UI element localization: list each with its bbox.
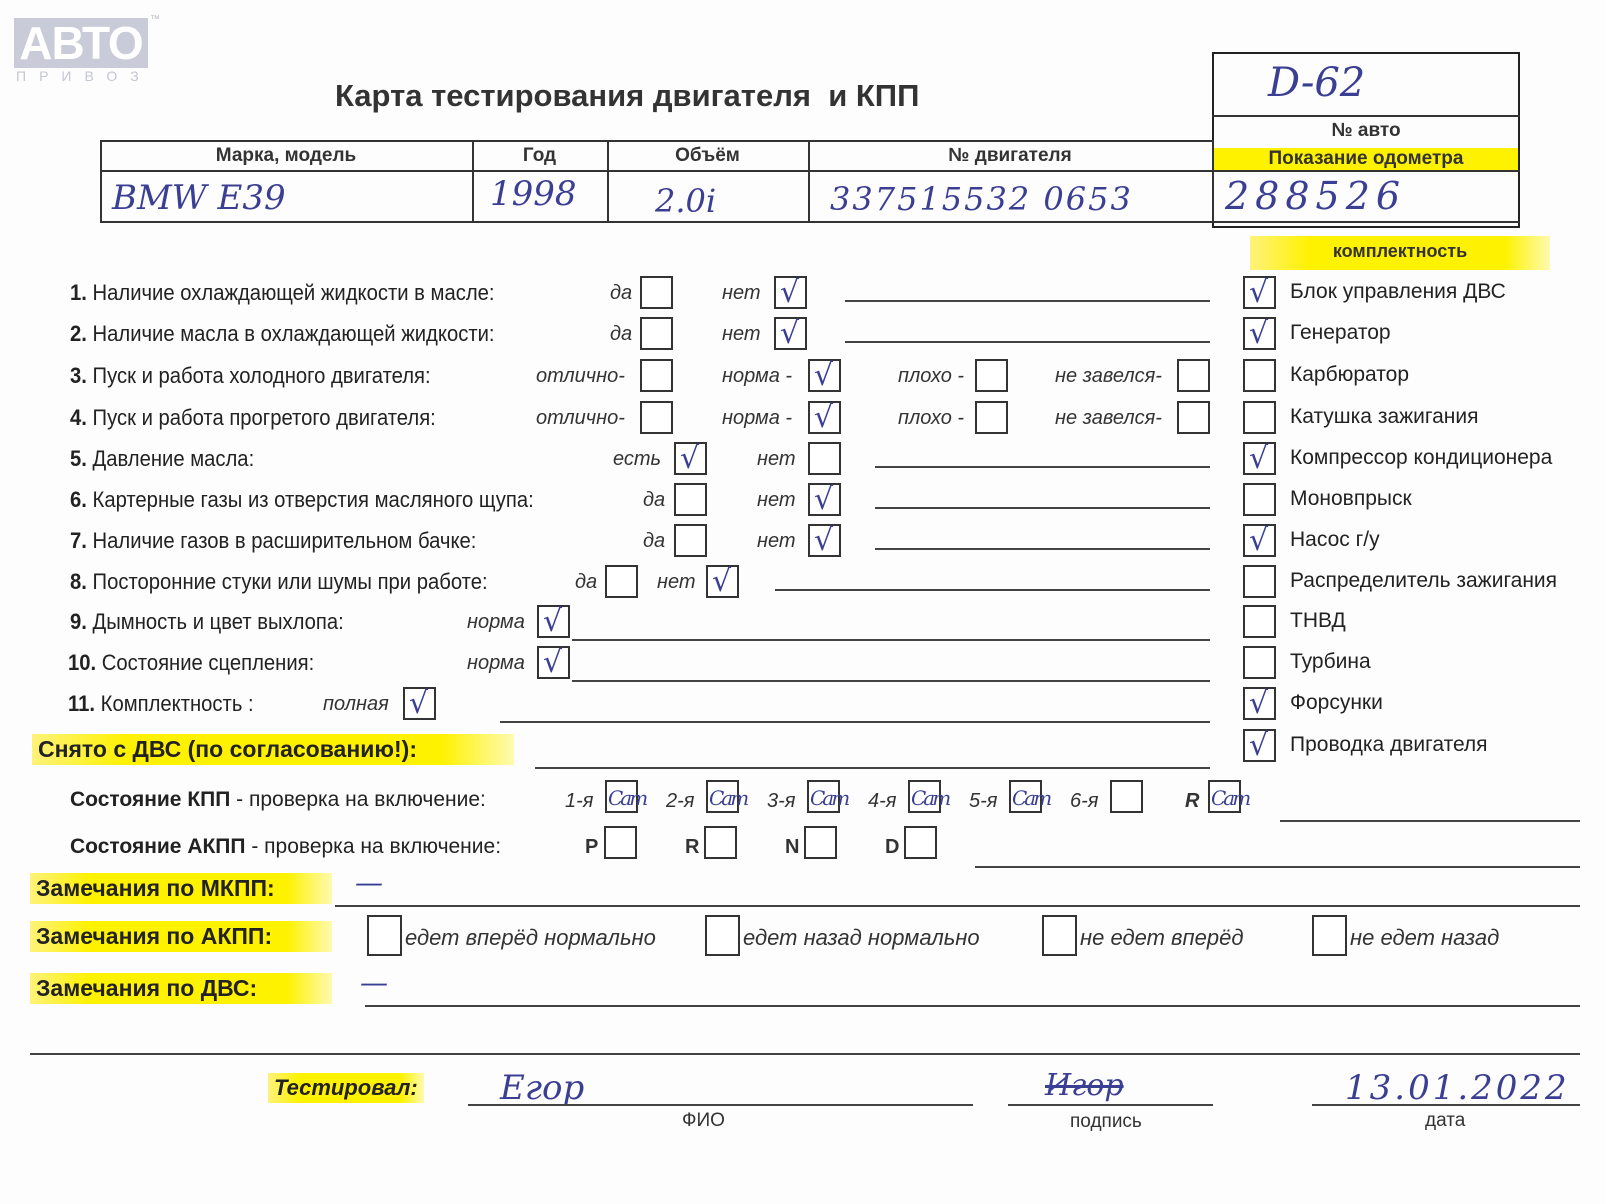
- option-checkbox[interactable]: [674, 483, 707, 516]
- gear-checkbox[interactable]: [908, 780, 941, 813]
- question-text: 7. Наличие газов в расширительном бачке:: [70, 528, 476, 554]
- divider: [1212, 115, 1520, 117]
- completeness-label: Блок управления ДВС: [1290, 280, 1506, 304]
- completeness-label: Моновпрыск: [1290, 487, 1412, 511]
- gear-checkbox[interactable]: [1208, 780, 1241, 813]
- option-label: не завелся-: [1055, 407, 1162, 430]
- option-checkbox[interactable]: [537, 646, 570, 679]
- question-text: 11. Комплектность :: [68, 691, 254, 717]
- question-number: 7.: [70, 528, 87, 553]
- col-header-year: Год: [472, 145, 607, 167]
- completeness-title: комплектность: [1250, 241, 1550, 262]
- kpp-line[interactable]: [1280, 820, 1580, 822]
- option-label: да: [610, 323, 632, 346]
- date-line: [1312, 1104, 1580, 1106]
- question-label: Пуск и работа прогретого двигателя:: [93, 405, 436, 430]
- completeness-label: Распределитель зажигания: [1290, 569, 1557, 593]
- question-label: Комплектность :: [101, 691, 254, 716]
- option-label: да: [575, 571, 597, 594]
- gear-label: 5-я: [969, 790, 997, 813]
- logo-tm: ™: [150, 14, 160, 25]
- question-text: 2. Наличие масла в охлаждающей жидкости:: [70, 321, 495, 347]
- question-number: 11.: [68, 691, 95, 716]
- col-header-volume: Объём: [607, 145, 808, 167]
- akpp-label-bold: Состояние АКПП: [70, 835, 246, 858]
- gear-checkbox[interactable]: [1009, 780, 1042, 813]
- tested-by-label: Тестировал:: [268, 1073, 424, 1103]
- option-checkbox[interactable]: [1177, 401, 1210, 434]
- option-checkbox[interactable]: [674, 442, 707, 475]
- option-label: да: [643, 530, 665, 553]
- logo: АВТО: [14, 18, 148, 68]
- kpp-label-bold: Состояние КПП: [70, 788, 230, 811]
- car-number-label: № авто: [1212, 120, 1520, 142]
- question-number: 8.: [70, 569, 87, 594]
- option-label: норма: [467, 611, 525, 634]
- table-border: [100, 140, 1212, 142]
- option-label: норма -: [722, 365, 792, 388]
- remarks-dvs-line: [365, 1005, 1580, 1007]
- gear-checkbox[interactable]: [605, 780, 638, 813]
- akpp-line[interactable]: [975, 866, 1580, 868]
- akpp-mode-label: P: [585, 836, 598, 859]
- option-checkbox[interactable]: [706, 565, 739, 598]
- gear-checkbox[interactable]: [807, 780, 840, 813]
- completeness-checkbox[interactable]: [1243, 646, 1276, 679]
- completeness-label: Карбюратор: [1290, 363, 1409, 387]
- completeness-checkbox[interactable]: [1243, 687, 1276, 720]
- footer-divider: [30, 1053, 1580, 1055]
- kpp-label: Состояние КПП - проверка на включение:: [70, 788, 486, 812]
- gear-label: 2-я: [666, 790, 694, 813]
- col-header-engine-no: № двигателя: [808, 145, 1212, 167]
- comment-line[interactable]: [875, 507, 1210, 509]
- completeness-checkbox[interactable]: [1243, 729, 1276, 762]
- comment-line[interactable]: [500, 721, 1210, 723]
- comment-line[interactable]: [845, 341, 1210, 343]
- remarks-dvs-value[interactable]: —: [360, 966, 388, 999]
- akpp-remark-checkbox[interactable]: [1042, 915, 1077, 956]
- option-label: не завелся-: [1055, 365, 1162, 388]
- gear-label: 6-я: [1070, 790, 1098, 813]
- question-number: 6.: [70, 487, 87, 512]
- signature-line: [1008, 1104, 1213, 1106]
- option-label: нет: [722, 323, 761, 346]
- option-label: нет: [657, 571, 696, 594]
- comment-line[interactable]: [572, 680, 1210, 682]
- question-number: 1.: [70, 280, 87, 305]
- question-label: Наличие охлаждающей жидкости в масле:: [93, 280, 495, 305]
- comment-line[interactable]: [845, 300, 1210, 302]
- option-label: нет: [757, 530, 796, 553]
- completeness-label: Компрессор кондиционера: [1290, 446, 1552, 470]
- volume-value[interactable]: 2.0i: [655, 182, 716, 220]
- comment-line[interactable]: [775, 589, 1210, 591]
- option-label: нет: [722, 282, 761, 305]
- akpp-mode-checkbox[interactable]: [804, 826, 837, 859]
- akpp-remark-label: едет вперёд нормально: [405, 925, 656, 951]
- comment-line[interactable]: [572, 639, 1210, 641]
- gear-label: R: [1185, 790, 1199, 813]
- page-title: Карта тестирования двигателя и КПП: [335, 78, 919, 114]
- question-number: 4.: [70, 405, 87, 430]
- removed-line[interactable]: [535, 767, 1210, 769]
- option-label: да: [643, 489, 665, 512]
- option-checkbox[interactable]: [808, 401, 841, 434]
- option-checkbox[interactable]: [774, 317, 807, 350]
- akpp-mode-checkbox[interactable]: [904, 826, 937, 859]
- option-checkbox[interactable]: [808, 524, 841, 557]
- table-border: [100, 221, 1520, 223]
- completeness-label: Насос г/у: [1290, 528, 1380, 552]
- signature-caption: подпись: [1070, 1111, 1142, 1133]
- engine-number-value[interactable]: 337515532 0653: [830, 180, 1133, 218]
- removed-label: Снято с ДВС (по согласованию!):: [32, 734, 514, 765]
- question-label: Картерные газы из отверстия масляного щу…: [93, 487, 534, 512]
- question-label: Посторонние стуки или шумы при работе:: [93, 569, 488, 594]
- completeness-checkbox[interactable]: [1243, 483, 1276, 516]
- remarks-dvs-label: Замечания по ДВС:: [30, 973, 332, 1004]
- comment-line[interactable]: [875, 466, 1210, 468]
- question-label: Состояние сцепления:: [102, 650, 314, 675]
- completeness-checkbox[interactable]: [1243, 276, 1276, 309]
- question-text: 1. Наличие охлаждающей жидкости в масле:: [70, 280, 495, 306]
- completeness-checkbox[interactable]: [1243, 317, 1276, 350]
- option-label: отлично-: [536, 365, 625, 388]
- option-checkbox[interactable]: [640, 317, 673, 350]
- question-number: 10.: [68, 650, 96, 675]
- name-line: [468, 1104, 973, 1106]
- completeness-label: Турбина: [1290, 650, 1371, 674]
- odometer-value[interactable]: 288526: [1225, 174, 1406, 218]
- question-text: 9. Дымность и цвет выхлопа:: [70, 609, 344, 635]
- question-text: 6. Картерные газы из отверстия масляного…: [70, 487, 534, 513]
- remarks-mkpp-line: [335, 905, 1580, 907]
- option-label: плохо -: [898, 365, 964, 388]
- remarks-akpp-label: Замечания по АКПП:: [30, 921, 332, 952]
- akpp-mode-label: R: [685, 836, 699, 859]
- akpp-mode-label: N: [785, 836, 799, 859]
- question-label: Пуск и работа холодного двигателя:: [93, 363, 431, 388]
- option-checkbox[interactable]: [537, 605, 570, 638]
- completeness-checkbox[interactable]: [1243, 524, 1276, 557]
- option-label: норма: [467, 652, 525, 675]
- completeness-label: Форсунки: [1290, 691, 1383, 715]
- completeness-label: Проводка двигателя: [1290, 733, 1488, 757]
- akpp-remark-checkbox[interactable]: [367, 915, 402, 956]
- comment-line[interactable]: [875, 548, 1210, 550]
- option-checkbox[interactable]: [640, 359, 673, 392]
- question-number: 3.: [70, 363, 87, 388]
- gear-label: 1-я: [565, 790, 593, 813]
- akpp-remark-checkbox[interactable]: [705, 915, 740, 956]
- option-checkbox[interactable]: [808, 442, 841, 475]
- question-text: 8. Посторонние стуки или шумы при работе…: [70, 569, 488, 595]
- option-checkbox[interactable]: [640, 401, 673, 434]
- question-label: Наличие газов в расширительном бачке:: [93, 528, 477, 553]
- akpp-remark-label: едет назад нормально: [743, 925, 980, 951]
- date-caption: дата: [1425, 1110, 1465, 1132]
- question-text: 5. Давление масла:: [70, 446, 254, 472]
- completeness-checkbox[interactable]: [1243, 359, 1276, 392]
- gear-checkbox[interactable]: [1110, 780, 1143, 813]
- option-checkbox[interactable]: [640, 276, 673, 309]
- completeness-label: Катушка зажигания: [1290, 405, 1478, 429]
- akpp-mode-checkbox[interactable]: [604, 826, 637, 859]
- question-number: 2.: [70, 321, 87, 346]
- akpp-mode-label: D: [885, 836, 899, 859]
- option-checkbox[interactable]: [975, 359, 1008, 392]
- completeness-label: ТНВД: [1290, 609, 1346, 633]
- make-model-value[interactable]: BMW E39: [112, 178, 286, 218]
- logo-subtitle: ПРИВОЗ: [16, 68, 152, 84]
- akpp-label: Состояние АКПП - проверка на включение:: [70, 835, 501, 859]
- kpp-label-rest: - проверка на включение:: [230, 788, 486, 811]
- question-number: 9.: [70, 609, 87, 634]
- completeness-checkbox[interactable]: [1243, 442, 1276, 475]
- option-checkbox[interactable]: [774, 276, 807, 309]
- option-checkbox[interactable]: [975, 401, 1008, 434]
- completeness-label: Генератор: [1290, 321, 1391, 345]
- completeness-checkbox[interactable]: [1243, 605, 1276, 638]
- option-label: да: [610, 282, 632, 305]
- col-header-odometer: Показание одометра: [1212, 148, 1520, 170]
- gear-checkbox[interactable]: [706, 780, 739, 813]
- option-checkbox[interactable]: [403, 687, 436, 720]
- remarks-mkpp-label: Замечания по МКПП:: [30, 873, 332, 904]
- year-value[interactable]: 1998: [490, 174, 577, 214]
- option-label: полная: [323, 693, 389, 716]
- option-label: отлично-: [536, 407, 625, 430]
- completeness-checkbox[interactable]: [1243, 565, 1276, 598]
- gear-label: 3-я: [767, 790, 795, 813]
- remarks-mkpp-value[interactable]: —: [355, 866, 383, 899]
- table-border: [100, 170, 1520, 172]
- akpp-mode-checkbox[interactable]: [704, 826, 737, 859]
- option-label: нет: [757, 448, 796, 471]
- question-number: 5.: [70, 446, 87, 471]
- question-text: 4. Пуск и работа прогретого двигателя:: [70, 405, 436, 431]
- option-checkbox[interactable]: [808, 359, 841, 392]
- akpp-remark-checkbox[interactable]: [1312, 915, 1347, 956]
- akpp-label-rest: - проверка на включение:: [246, 835, 502, 858]
- tester-name[interactable]: Егор: [500, 1068, 584, 1108]
- test-date[interactable]: 13.01.2022: [1345, 1068, 1570, 1108]
- gear-label: 4-я: [868, 790, 896, 813]
- option-checkbox[interactable]: [674, 524, 707, 557]
- question-label: Наличие масла в охлаждающей жидкости:: [93, 321, 495, 346]
- col-header-make: Марка, модель: [100, 145, 472, 167]
- option-checkbox[interactable]: [808, 483, 841, 516]
- name-caption: ФИО: [682, 1110, 725, 1132]
- car-number-value[interactable]: D-62: [1268, 60, 1365, 106]
- completeness-checkbox[interactable]: [1243, 401, 1276, 434]
- option-label: нет: [757, 489, 796, 512]
- question-text: 3. Пуск и работа холодного двигателя:: [70, 363, 431, 389]
- question-text: 10. Состояние сцепления:: [68, 650, 314, 676]
- akpp-remark-label: не едет назад: [1350, 925, 1499, 951]
- akpp-remark-label: не едет вперёд: [1080, 925, 1244, 951]
- option-label: норма -: [722, 407, 792, 430]
- option-checkbox[interactable]: [605, 565, 638, 598]
- option-label: есть: [613, 448, 661, 471]
- question-label: Дымность и цвет выхлопа:: [93, 609, 344, 634]
- option-label: плохо -: [898, 407, 964, 430]
- tester-signature[interactable]: Игор: [1045, 1068, 1124, 1103]
- option-checkbox[interactable]: [1177, 359, 1210, 392]
- question-label: Давление масла:: [93, 446, 255, 471]
